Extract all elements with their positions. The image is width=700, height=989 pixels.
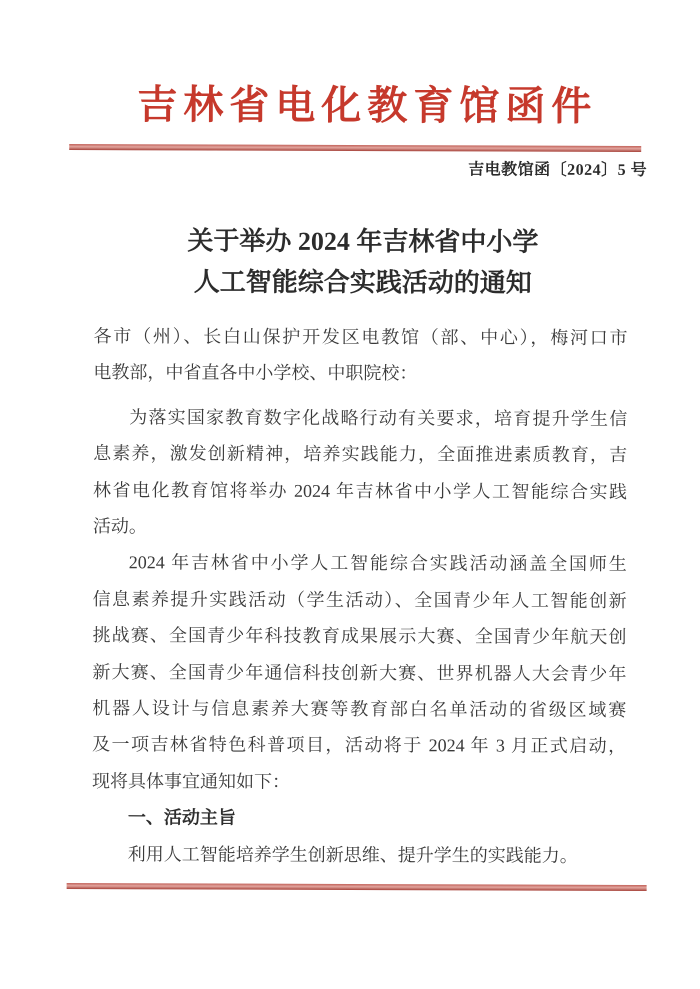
notice-title: 关于举办 2024 年吉林省中小学 人工智能综合实践活动的通知 [25,220,700,304]
body-line: 及一项吉林省特色科普项目，活动将于 2024 年 3 月正式启动， [92,727,626,765]
body-line: 挑战赛、全国青少年科技教育成果展示大赛、全国青少年航天创 [92,617,626,655]
letterhead-title: 吉林省电化教育馆函件 [27,73,700,132]
body-line: 林省电化教育馆将举办 2024 年吉林省中小学人工智能综合实践 [93,472,627,510]
notice-title-line2: 人工智能综合实践活动的通知 [25,261,700,304]
body-line: 现将具体事宜通知如下： [92,763,626,801]
body-line: 一、活动主旨 [92,799,626,837]
body-line: 为落实国家教育数字化战略行动有关要求，培育提升学生信 [93,399,627,437]
doc-number: 吉电教馆函〔2024〕5 号 [69,155,647,180]
document-page: 吉林省电化教育馆函件 吉电教馆函〔2024〕5 号 关于举办 2024 年吉林省… [0,0,700,989]
footer-rule [67,883,647,891]
body-text: 各市（州）、长白山保护开发区电教馆（部、中心），梅河口市电教部，中省直各中小学校… [92,318,628,874]
body-line: 息素养，激发创新精神，培养实践能力，全面推进素质教育，吉 [93,435,627,473]
scanned-content: 吉林省电化教育馆函件 吉电教馆函〔2024〕5 号 关于举办 2024 年吉林省… [0,0,700,989]
body-line: 活动。 [93,508,627,546]
body-line: 电教部，中省直各中小学校、中职院校： [93,355,627,393]
body-line: 机器人设计与信息素养大赛等教育部白名单活动的省级区域赛 [92,690,626,728]
body-line: 新大赛、全国青少年通信科技创新大赛、世界机器人大会青少年 [92,654,626,692]
body-line: 信息素养提升实践活动（学生活动）、全国青少年人工智能创新 [93,581,627,619]
notice-title-line1: 关于举办 2024 年吉林省中小学 [25,220,700,263]
body-line: 各市（州）、长白山保护开发区电教馆（部、中心），梅河口市 [93,318,627,356]
body-line: 利用人工智能培养学生创新思维、提升学生的实践能力。 [92,836,626,874]
body-line: 2024 年吉林省中小学人工智能综合实践活动涵盖全国师生 [93,545,627,583]
letterhead-rule [69,144,641,152]
